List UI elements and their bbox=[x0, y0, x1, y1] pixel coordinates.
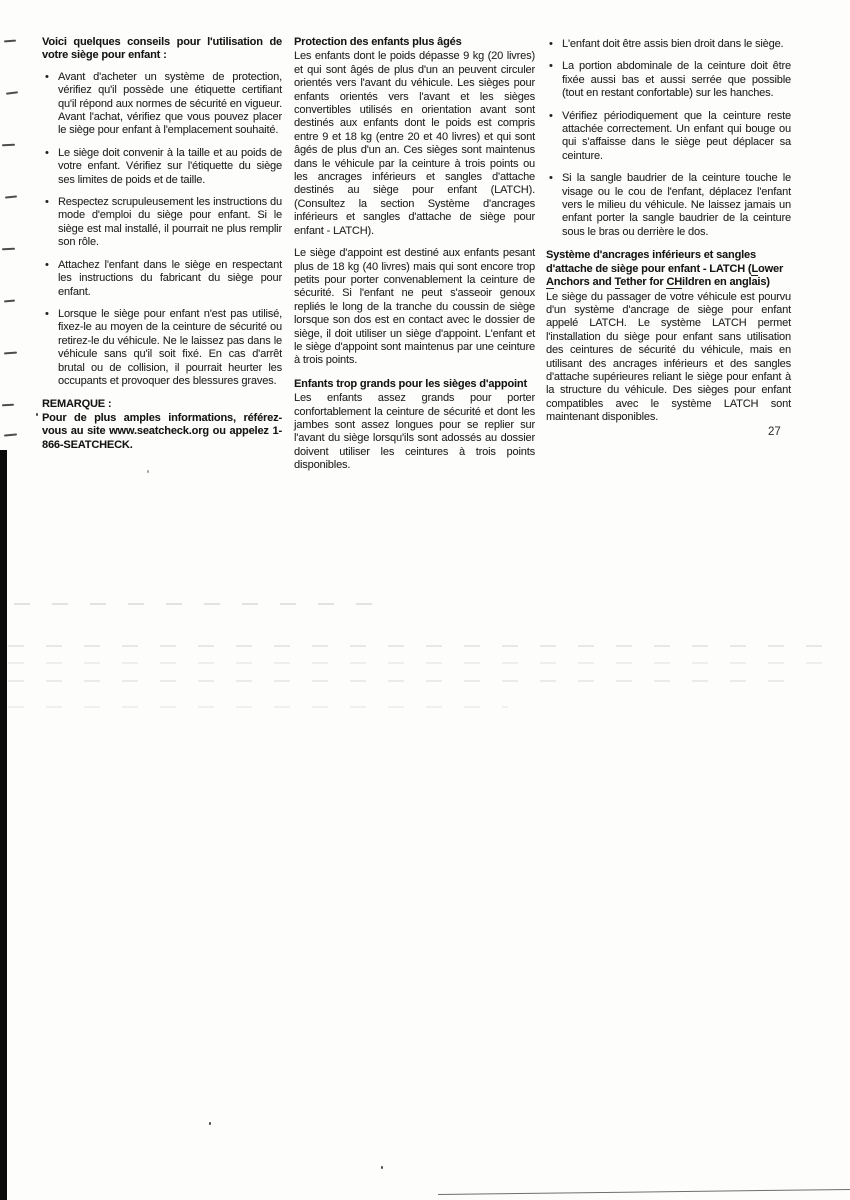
bullet-icon: • bbox=[549, 60, 553, 73]
scan-margin-dash bbox=[4, 40, 16, 43]
bullet-icon: • bbox=[45, 308, 49, 321]
scan-margin-dash bbox=[2, 248, 15, 250]
bullet-text: Lorsque le siège pour enfant n'est pas u… bbox=[58, 308, 282, 387]
remarque-body: Pour de plus amples informations, référe… bbox=[42, 412, 282, 452]
scan-smudge bbox=[8, 706, 508, 708]
scan-smudge bbox=[8, 662, 828, 664]
paragraph: Le siège d'appoint est destiné aux enfan… bbox=[294, 247, 535, 368]
scan-smudge bbox=[8, 680, 788, 682]
page-number: 27 bbox=[768, 426, 781, 438]
scan-speck bbox=[36, 413, 38, 416]
scan-margin-dash bbox=[2, 404, 14, 407]
bullet-text: Vérifiez périodiquement que la ceinture … bbox=[562, 110, 791, 162]
latch-heading-text: ether for bbox=[620, 276, 666, 288]
column3-bullet-list: • L'enfant doit être assis bien droit da… bbox=[546, 38, 791, 239]
bullet-icon: • bbox=[549, 38, 553, 51]
latch-underlined-letter: A bbox=[546, 276, 554, 289]
scan-margin-dash bbox=[4, 352, 17, 355]
scan-bottom-line bbox=[438, 1189, 850, 1195]
column1-bullet-list: • Avant d'acheter un système de protecti… bbox=[42, 71, 282, 389]
bullet-item: • Le siège doit convenir à la taille et … bbox=[42, 147, 282, 187]
bullet-item: • La portion abdominale de la ceinture d… bbox=[546, 60, 791, 100]
bullet-item: • Avant d'acheter un système de protecti… bbox=[42, 71, 282, 138]
column-middle: Protection des enfants plus âgés Les enf… bbox=[294, 36, 535, 473]
bullet-icon: • bbox=[45, 147, 49, 160]
bullet-text: La portion abdominale de la ceinture doi… bbox=[562, 60, 791, 99]
latch-underlined-letter: CH bbox=[666, 276, 682, 289]
bullet-icon: • bbox=[549, 172, 553, 185]
bullet-item: • Si la sangle baudrier de la ceinture t… bbox=[546, 172, 791, 239]
bullet-item: • Attachez l'enfant dans le siège en res… bbox=[42, 259, 282, 299]
bullet-text: Si la sangle baudrier de la ceinture tou… bbox=[562, 172, 791, 238]
scan-margin-dash bbox=[2, 144, 15, 147]
bullet-icon: • bbox=[45, 71, 49, 84]
bullet-text: Attachez l'enfant dans le siège en respe… bbox=[58, 259, 282, 298]
scan-speck bbox=[209, 1122, 211, 1125]
section-heading-enfants-trop-grands: Enfants trop grands pour les sièges d'ap… bbox=[294, 378, 535, 391]
latch-heading-text: ower bbox=[758, 263, 783, 275]
column-left: Voici quelques conseils pour l'utilisati… bbox=[42, 36, 282, 452]
scan-speck bbox=[381, 1166, 383, 1169]
bullet-icon: • bbox=[45, 259, 49, 272]
paragraph: Le siège du passager de votre véhicule e… bbox=[546, 291, 791, 425]
bullet-icon: • bbox=[549, 110, 553, 123]
scan-margin-dash bbox=[6, 91, 18, 94]
bullet-text: Respectez scrupuleusement les instructio… bbox=[58, 196, 282, 248]
scan-margin-dash bbox=[5, 195, 17, 198]
scan-margin-dash bbox=[4, 433, 17, 436]
section-heading-latch: Système d'ancrages inférieurs et sangles… bbox=[546, 249, 791, 289]
paragraph: Les enfants dont le poids dépasse 9 kg (… bbox=[294, 50, 535, 238]
bullet-item: • Vérifiez périodiquement que la ceintur… bbox=[546, 110, 791, 164]
manual-page: Voici quelques conseils pour l'utilisati… bbox=[0, 0, 850, 1200]
bullet-text: Avant d'acheter un système de protection… bbox=[58, 71, 282, 137]
section-heading-protection: Protection des enfants plus âgés bbox=[294, 36, 535, 49]
remarque-heading: REMARQUE : bbox=[42, 398, 282, 411]
bullet-item: • Respectez scrupuleusement les instruct… bbox=[42, 196, 282, 250]
scan-speck bbox=[147, 470, 149, 473]
column-right: • L'enfant doit être assis bien droit da… bbox=[546, 36, 791, 425]
bullet-icon: • bbox=[45, 196, 49, 209]
scan-smudge bbox=[8, 645, 838, 647]
column1-heading: Voici quelques conseils pour l'utilisati… bbox=[42, 36, 282, 63]
latch-heading-text: Système d'ancrages inférieurs et sangles… bbox=[546, 249, 756, 274]
bullet-text: L'enfant doit être assis bien droit dans… bbox=[562, 38, 783, 50]
bullet-item: • Lorsque le siège pour enfant n'est pas… bbox=[42, 308, 282, 388]
bullet-item: • L'enfant doit être assis bien droit da… bbox=[546, 38, 791, 51]
paragraph: Les enfants assez grands pour porter con… bbox=[294, 392, 535, 472]
latch-heading-text: ildren en anglais) bbox=[682, 276, 770, 288]
bullet-text: Le siège doit convenir à la taille et au… bbox=[58, 147, 282, 186]
scan-smudge bbox=[14, 603, 374, 605]
scan-binding-bar bbox=[0, 450, 7, 1200]
scan-margin-dash bbox=[4, 300, 15, 303]
latch-heading-text: nchors and bbox=[554, 276, 615, 288]
